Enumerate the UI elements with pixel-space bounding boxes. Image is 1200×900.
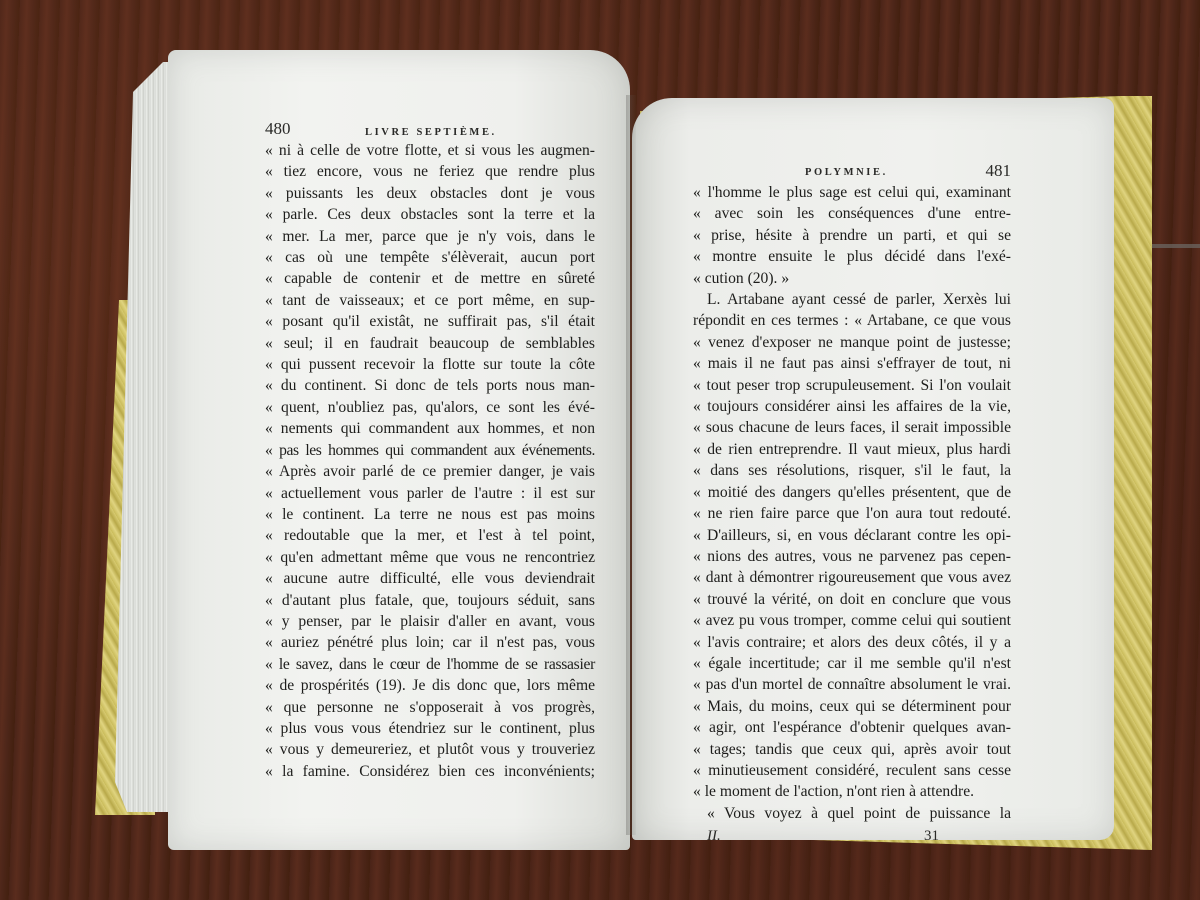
text-line: « sous chacune de leurs faces, il serait… — [693, 417, 1011, 438]
running-head: POLYMNIE. — [805, 162, 888, 183]
text-line: « de rien entreprendre. Il vaut mieux, p… — [693, 439, 1011, 460]
text-line: « du continent. Si donc de tels ports no… — [265, 375, 595, 396]
running-head: LIVRE SEPTIÈME. — [365, 122, 497, 143]
text-line: « mais il ne faut pas ainsi s'effrayer d… — [693, 353, 1011, 374]
text-line: « dans ses résolutions, risquer, s'il le… — [693, 460, 1011, 481]
page-number: 481 — [986, 160, 1012, 181]
right-page-text: POLYMNIE. 481 « l'homme le plus sage est… — [693, 160, 1011, 848]
right-page-header: POLYMNIE. 481 — [693, 160, 1011, 182]
text-line: « avez pu vous tromper, comme celui qui … — [693, 610, 1011, 631]
text-line: « que personne ne s'opposerait à vos pro… — [265, 697, 595, 718]
text-line: « dant à démontrer rigoureusement que vo… — [693, 567, 1011, 588]
page-number: 480 — [265, 118, 291, 139]
text-line: « agir, ont l'espérance d'obtenir quelqu… — [693, 717, 1011, 738]
text-line: « prise, hésite à prendre un parti, et q… — [693, 225, 1011, 246]
text-line: « capable de contenir et de mettre en sû… — [265, 268, 595, 289]
text-line: « quent, n'oubliez pas, qu'alors, ce son… — [265, 397, 595, 418]
text-line: « Mais, du moins, ceux qui se déterminen… — [693, 696, 1011, 717]
text-line: « montre ensuite le plus décidé dans l'e… — [693, 246, 1011, 267]
text-line: « actuellement vous parler de l'autre : … — [265, 483, 595, 504]
text-line: « tout peser trop scrupuleusement. Si l'… — [693, 375, 1011, 396]
text-line: « tages; tandis que ceux qui, après avoi… — [693, 739, 1011, 760]
text-line: « cas où une tempête s'élèverait, aucun … — [265, 247, 595, 268]
text-line: « venez d'exposer ne manque point de jus… — [693, 332, 1011, 353]
text-line: « auriez pénétré plus loin; car il n'est… — [265, 632, 595, 653]
text-line: « avec soin les conséquences d'une entre… — [693, 203, 1011, 224]
text-line: « pas les hommes qui commandent aux évén… — [265, 440, 595, 461]
book-gutter — [626, 95, 636, 835]
text-line: « posant qu'il existât, ne suffirait pas… — [265, 311, 595, 332]
text-line: « vous y demeureriez, et plutôt vous y t… — [265, 739, 595, 760]
left-page-header: 480 LIVRE SEPTIÈME. — [265, 118, 595, 140]
text-line: « le savez, dans le cœur de l'homme de s… — [265, 654, 595, 675]
text-line: « tiez encore, vous ne feriez que rendre… — [265, 161, 595, 182]
text-line: « aucune autre difficulté, elle vous dev… — [265, 568, 595, 589]
text-line: « d'autant plus fatale, que, toujours sé… — [265, 590, 595, 611]
gathering-signature: 31 — [924, 826, 939, 847]
text-line: « ne rien faire parce que l'on aura tout… — [693, 503, 1011, 524]
text-line: « Vous voyez à quel point de puissance l… — [693, 803, 1011, 824]
text-line: « qu'en admettant même que vous ne renco… — [265, 547, 595, 568]
text-line: « l'homme le plus sage est celui qui, ex… — [693, 182, 1011, 203]
volume-signature: II. — [707, 826, 721, 847]
text-line: « égale incertitude; car il me semble qu… — [693, 653, 1011, 674]
text-line: « D'ailleurs, si, en vous déclarant cont… — [693, 525, 1011, 546]
text-line: « parle. Ces deux obstacles sont la terr… — [265, 204, 595, 225]
text-line: L. Artabane ayant cessé de parler, Xerxè… — [693, 289, 1011, 310]
text-line: « mer. La mer, parce que je n'y vois, da… — [265, 226, 595, 247]
text-line: « nions des autres, vous ne parvenez pas… — [693, 546, 1011, 567]
text-line: « y penser, par le plaisir d'aller en av… — [265, 611, 595, 632]
text-line: « le continent. La terre ne nous est pas… — [265, 504, 595, 525]
text-line: « plus vous vous étendriez sur le contin… — [265, 718, 595, 739]
text-line: « la famine. Considérez bien ces inconvé… — [265, 761, 595, 782]
text-line: « minutieusement considéré, reculent san… — [693, 760, 1011, 781]
text-line: « l'avis contraire; et alors des deux cô… — [693, 632, 1011, 653]
text-line: « de prospérités (19). Je dis donc que, … — [265, 675, 595, 696]
text-line: « pas d'un mortel de connaître absolumen… — [693, 674, 1011, 695]
left-page-text: 480 LIVRE SEPTIÈME. « ni à celle de votr… — [265, 118, 595, 782]
text-line: « le moment de l'action, n'ont rien à at… — [693, 781, 1011, 802]
signature-line: II. 31 — [693, 826, 1011, 847]
text-line: « cution (20). » — [693, 268, 1011, 289]
text-line: « Après avoir parlé de ce premier danger… — [265, 461, 595, 482]
text-line: « nements qui commandent aux hommes, et … — [265, 418, 595, 439]
page-stack-edge — [115, 62, 175, 812]
text-line: « seul; il en faudrait beaucoup de sembl… — [265, 333, 595, 354]
text-line: « puissants les deux obstacles dont je v… — [265, 183, 595, 204]
text-line: « toujours considérer ainsi les affaires… — [693, 396, 1011, 417]
text-line: « qui pussent recevoir la flotte sur tou… — [265, 354, 595, 375]
text-line: « tant de vaisseaux; et ce port même, en… — [265, 290, 595, 311]
text-line: « trouvé la vérité, on doit en conclure … — [693, 589, 1011, 610]
text-line: « moitié des dangers qu'elles présentent… — [693, 482, 1011, 503]
text-line: « redoutable que la mer, et l'est à tel … — [265, 525, 595, 546]
text-line: répondit en ces termes : « Artabane, ce … — [693, 310, 1011, 331]
